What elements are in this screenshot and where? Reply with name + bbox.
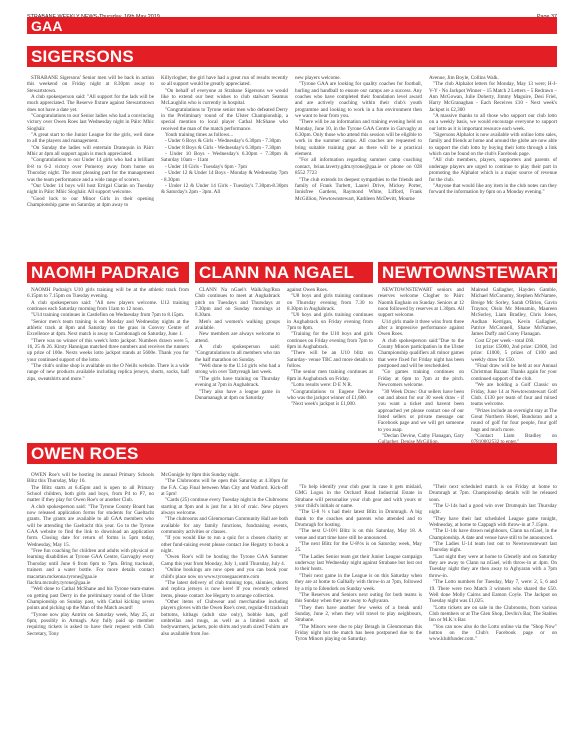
paragraph: "The clubrooms and Glenmornan Community … xyxy=(161,516,288,535)
paragraph: "Go games training continues on Friday a… xyxy=(378,369,464,388)
naomh-padraig-col-1: NAOMH Padraig's U10 girls training will … xyxy=(27,287,189,382)
paragraph: "There was no winner of this week's lott… xyxy=(27,338,189,363)
paragraph: "Congratulations to Eugene Devine who wa… xyxy=(287,389,373,402)
paragraph: - Under 6 Boys & Girls - Wednesday's 6.3… xyxy=(161,138,288,144)
sigersons-col-4: Avenue, Jim Boyle, Collins Walk."The clu… xyxy=(429,75,557,196)
paragraph: A club spokesperson said: "All new playe… xyxy=(27,300,189,313)
heading-newtownstewart: NEWTOWNSTEWART xyxy=(378,262,557,283)
paragraph: "A massive thanks to all those who suppo… xyxy=(429,113,557,132)
paragraph: Men's and women's walking groups availab… xyxy=(195,319,280,332)
paragraph: "On behalf of everyone at Strabane Siger… xyxy=(161,88,288,107)
section-title: GAA xyxy=(31,19,63,33)
paragraph: "The Reserves and Seniors next outing fo… xyxy=(295,592,422,605)
paragraph: "The Ladies U-14 team lost out to Newtow… xyxy=(429,541,557,554)
heading-clann-na-ngael: CLANN NA NGAEL xyxy=(195,262,373,283)
paragraph: A club spokesperson said: "All support f… xyxy=(27,94,154,113)
paragraph: "Online bookings are now open and you ca… xyxy=(161,567,288,580)
paragraph: "A great start to the Junior League for … xyxy=(27,132,154,145)
paragraph: "The U-8 ½ s had their latest Blitz in D… xyxy=(295,509,422,528)
paragraph: Mairead Gallagher, Hayden Gamble, Michae… xyxy=(471,287,557,338)
paragraph: "Their next game in the League is on thi… xyxy=(295,573,422,592)
paragraph: "Good luck to our Minor Girls in their o… xyxy=(27,196,154,209)
paragraph: A club spokesperson said:"Due to the Cou… xyxy=(378,338,464,370)
paragraph: NAOMH Padraig's U10 girls training will … xyxy=(27,287,189,300)
owen-roes-col-4: "Their next scheduled match is on Friday… xyxy=(429,484,557,643)
paragraph: The Blitz starts at 6.45pm and is open t… xyxy=(27,485,154,504)
paragraph: "They also have a league game in Dunaman… xyxy=(195,389,280,402)
sigersons-col-2: Killyclogher, the girl have had a great … xyxy=(161,75,288,196)
paragraph: "For all information regarding summer ca… xyxy=(295,157,422,176)
paragraph: "Prizes include an overnight stay at The… xyxy=(471,408,557,433)
paragraph: "The U-14s have drawn neighbours, Clann … xyxy=(429,528,557,541)
paragraph: "There will be an U10 blitz on Saturday-… xyxy=(287,350,373,369)
owen-roes-col-1: OWEN Roe's will be hosting its annual Pr… xyxy=(27,472,154,637)
paragraph: "If you would like to run a quiz for a c… xyxy=(161,535,288,554)
paragraph: "The girls have training on Thursday eve… xyxy=(195,376,280,389)
clann-na-ngael-col-1: CLANN Na nGael's Walk/Jog/Run Club conti… xyxy=(195,287,280,401)
paragraph: "The club extends its deepest sympathies… xyxy=(295,177,422,202)
paragraph: "The next U-10½ Blitz is on this Saturda… xyxy=(295,528,422,541)
paragraph: "All club members, players, supporters a… xyxy=(429,157,557,182)
paragraph: "Free fun coaching for children and adul… xyxy=(27,548,154,586)
paragraph: NEWTOWNSTEWART seniors and reserves welc… xyxy=(378,287,464,319)
paragraph: "Congratulations to Tyrone senior men wh… xyxy=(161,107,288,132)
paragraph: "Sigersons Alphalot is now available wit… xyxy=(429,132,557,157)
paragraph: "There will be an information and traini… xyxy=(295,119,422,157)
sigersons-col-3: new players welcome."Tyrone GAA are look… xyxy=(295,75,422,202)
paragraph: "Owen Roe's will be hosting the Tyrone G… xyxy=(161,554,288,567)
paragraph: - Under 10 Boys - Wednesday's 6.30pm - 7… xyxy=(161,151,288,164)
paragraph: "Lotto tickets are on sale in the Clubro… xyxy=(429,605,557,624)
paragraph: "30 Week Draw: Our sellers have been out… xyxy=(378,389,464,433)
paragraph: "The club Alphalot letters for Monday, M… xyxy=(429,81,557,113)
section-banner-gaa: GAA xyxy=(27,17,557,34)
paragraph: "The U-14s had a good win over Drumquin … xyxy=(429,503,557,516)
newtownstewart-col-2: Mairead Gallagher, Hayden Gamble, Michae… xyxy=(471,287,557,446)
paragraph: "They then have another few weeks of a b… xyxy=(295,605,422,624)
paragraph: "The next Blitz for the U-8½s is on Satu… xyxy=(295,541,422,554)
paragraph: "Well done to Cathal McShane and his Tyr… xyxy=(27,586,154,611)
paragraph: "Cards (25) continue every Tuesday night… xyxy=(161,497,288,516)
paragraph: "U8 boys and girls training continues on… xyxy=(287,293,373,312)
paragraph: "They have their last scheduled League g… xyxy=(429,516,557,529)
owen-roes-col-2: McGonigle by 8pm this Sunday night."The … xyxy=(161,472,288,637)
paragraph: "Well done to the U.14 girls who had a s… xyxy=(195,363,280,376)
paragraph: "The senior men training continues at 8p… xyxy=(287,369,373,382)
paragraph: "Congratulations to our Under 14 girls w… xyxy=(27,157,154,182)
paragraph: "The Lotto numbers for Tuesday, May 7, w… xyxy=(429,579,557,604)
paragraph: STRABANE Sigersons' Senior men will be b… xyxy=(27,75,154,94)
paragraph: "You can now also do the Lotto online vi… xyxy=(429,624,557,643)
paragraph: "Last night they were at home to Glenell… xyxy=(429,554,557,579)
paragraph: CLANN Na nGael's Walk/Jog/Run Club conti… xyxy=(195,287,280,319)
paragraph: - Under 12 & Under 14 Boys - Monday & We… xyxy=(161,170,288,183)
paragraph: "Anyone that would like any item in the … xyxy=(429,183,557,196)
paragraph: "Senior men's team training is on Monday… xyxy=(27,319,189,338)
sigersons-col-1: STRABANE Sigersons' Senior men will be b… xyxy=(27,75,154,208)
paragraph: A club spokesperson said: "Congratulatio… xyxy=(195,344,280,363)
paragraph: "The Ladies Senior team got their Junior… xyxy=(295,554,422,573)
heading-sigersons: SIGERSONS xyxy=(27,46,557,67)
paragraph: "The Minors were due to play Beragh in G… xyxy=(295,624,422,643)
paragraph: "Tyrone now play Antrim on Saturday week… xyxy=(27,612,154,637)
owen-roes-col-3: "To help identify your club gear in case… xyxy=(295,484,422,643)
heading-owen-roes: OWEN ROES xyxy=(27,443,557,464)
paragraph: "Final draw will be held at our Annual C… xyxy=(471,363,557,382)
paragraph: U14 girls made it three wins from three … xyxy=(378,319,464,338)
paragraph: "Their next scheduled match is on Friday… xyxy=(429,484,557,503)
paragraph: Killyclogher, the girl have had a great … xyxy=(161,75,288,88)
clann-na-ngael-col-2: against Owen Roes."U8 boys and girls tra… xyxy=(287,287,373,408)
newtownstewart-col-1: NEWTOWNSTEWART seniors and reserves welc… xyxy=(378,287,464,446)
heading-naomh-padraig: NAOMH PADRAIG xyxy=(27,262,189,283)
paragraph: A club spokesperson said: "The Tyrone Co… xyxy=(27,504,154,548)
paragraph: "The club's online shop is available on … xyxy=(27,363,189,382)
paragraph: 1st prize: £5000, 2nd prize: £2000, 3rd … xyxy=(471,344,557,363)
paragraph: "Training for the U10 boys and girls con… xyxy=(287,331,373,350)
paragraph: "Next week's jackpot is £1,000. xyxy=(287,401,373,407)
paragraph: "We are holding a Golf Classic on Friday… xyxy=(471,382,557,407)
paragraph: "Other items of Clubwear and merchandise… xyxy=(161,599,288,637)
paragraph: "To help identify your club gear in case… xyxy=(295,484,422,509)
paragraph: New members are always welcome to attend… xyxy=(195,331,280,344)
paragraph: "U6 boys and girls training continues in… xyxy=(287,312,373,331)
paragraph: "Congratulations to our Senior ladies wh… xyxy=(27,113,154,132)
paragraph: - Under 12 & Under 14 Girls - Tuesday's … xyxy=(161,183,288,196)
paragraph: "Tyrone GAA are looking for quality coac… xyxy=(295,81,422,119)
paragraph: "On Sunday the ladies will entertain Dra… xyxy=(27,145,154,158)
paragraph: "Our Under 14 boys will host Errigal Cia… xyxy=(27,183,154,196)
paragraph: OWEN Roe's will be hosting its annual Pr… xyxy=(27,472,154,485)
paragraph: "The latest delivery of club training to… xyxy=(161,580,288,599)
paragraph: "The Clubrooms will be open this Saturda… xyxy=(161,478,288,497)
paragraph: "U14 training continues in Castlefinn on… xyxy=(27,312,189,318)
